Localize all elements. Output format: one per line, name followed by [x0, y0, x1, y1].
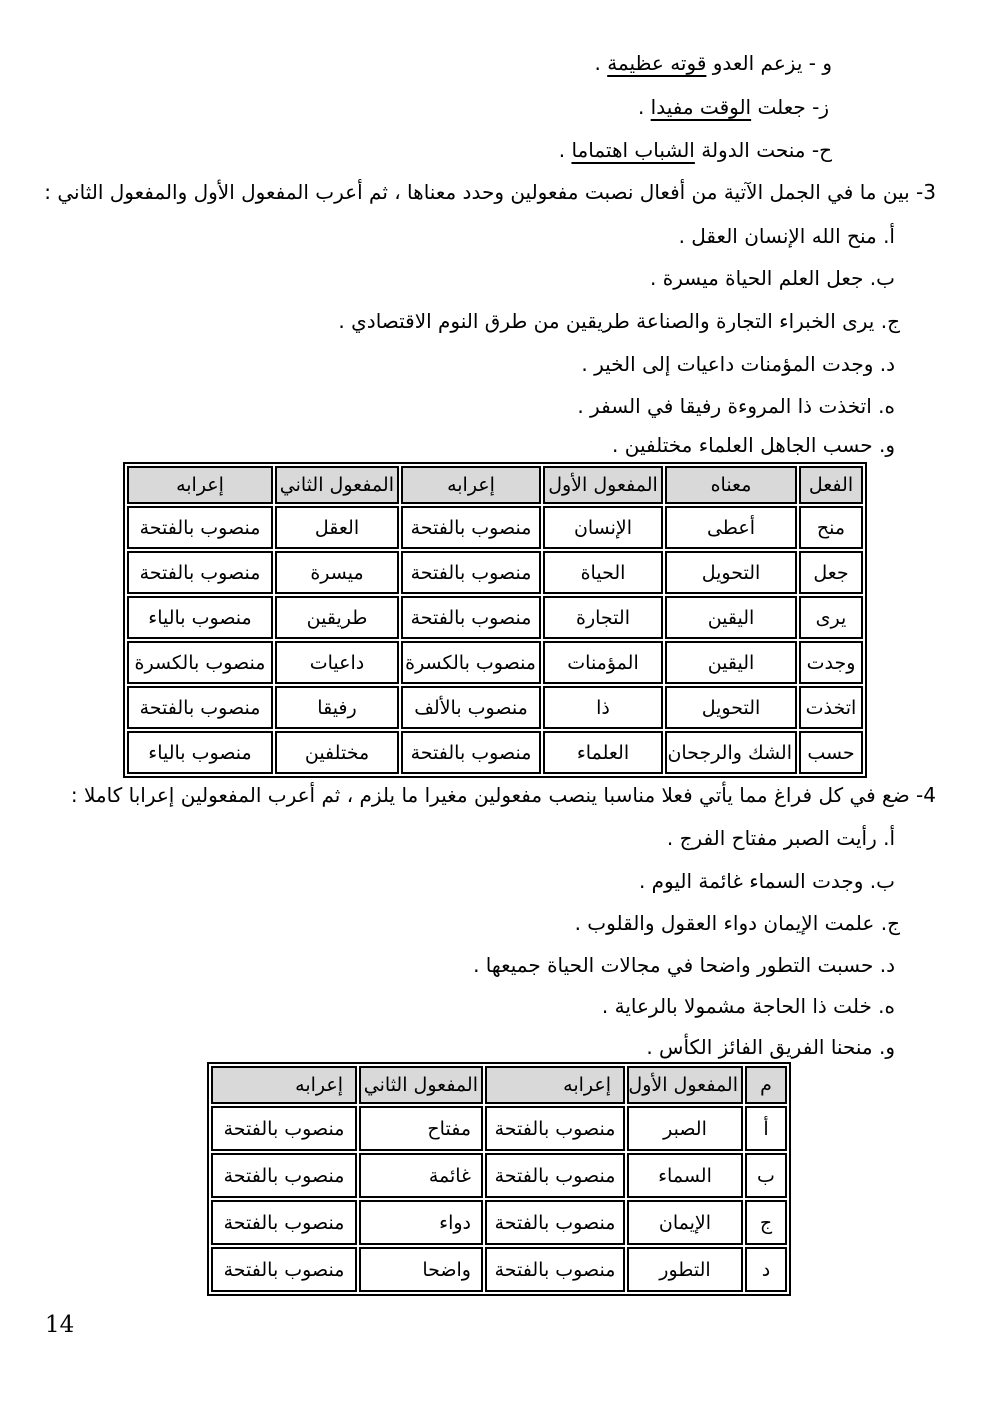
table-cell: منصوب بالفتحة	[211, 1200, 357, 1245]
question-3-item-w: و. حسب الجاهل العلماء مختلفين .	[612, 430, 895, 460]
table-cell: منصوب بالفتحة	[485, 1153, 625, 1198]
header-cell-second-object: المفعول الثاني	[275, 466, 399, 504]
table-row: ج الإيمان منصوب بالفتحة دواء منصوب بالفت…	[211, 1200, 787, 1245]
table-cell: منصوب بالياء	[127, 731, 273, 774]
underlined-phrase: قوته عظيمة	[607, 51, 706, 75]
verbs-two-objects-table: الفعل معناه المفعول الأول إعرابه المفعول…	[123, 462, 867, 778]
table-cell: منصوب بالفتحة	[211, 1247, 357, 1292]
table-row: وجدت اليقين المؤمنات منصوب بالكسرة داعيا…	[127, 641, 863, 684]
question-4-item-j: ج. علمت الإيمان دواء العقول والقلوب .	[575, 908, 900, 938]
sentence-text: ز- جعلت	[751, 95, 829, 119]
table-row: ب السماء منصوب بالفتحة غائمة منصوب بالفت…	[211, 1153, 787, 1198]
header-cell-first-object: المفعول الأول	[543, 466, 663, 504]
question-3-item-j: ج. يرى الخبراء التجارة والصناعة طريقين م…	[338, 306, 900, 336]
table-cell: يرى	[799, 596, 863, 639]
underlined-phrase: الوقت مفيدا	[651, 95, 751, 119]
table-cell: التجارة	[543, 596, 663, 639]
table-row: حسب الشك والرجحان العلماء منصوب بالفتحة …	[127, 731, 863, 774]
question-4-item-b: ب. وجدت السماء غائمة اليوم .	[639, 866, 895, 896]
question-4-title: 4- ضع في كل فراغ مما يأتي فعلا مناسبا ين…	[71, 780, 936, 810]
fill-blank-objects-table: م المفعول الأول إعرابه المفعول الثاني إع…	[207, 1062, 791, 1296]
table-cell: العقل	[275, 506, 399, 549]
table-cell: طريقين	[275, 596, 399, 639]
table-cell: جعل	[799, 551, 863, 594]
table-cell: منصوب بالفتحة	[485, 1247, 625, 1292]
table-cell: التحويل	[665, 686, 797, 729]
table-cell: التطور	[627, 1247, 743, 1292]
question-4-item-h: ه. خلت ذا الحاجة مشمولا بالرعاية .	[602, 991, 895, 1021]
table-row: منح أعطى الإنسان منصوب بالفتحة العقل منص…	[127, 506, 863, 549]
table-row: اتخذت التحويل ذا منصوب بالألف رفيقا منصو…	[127, 686, 863, 729]
question-3-item-h: ه. اتخذت ذا المروءة رفيقا في السفر .	[577, 391, 895, 421]
table-cell: أعطى	[665, 506, 797, 549]
document-page: و - يزعم العدو قوته عظيمة . ز- جعلت الوق…	[0, 0, 992, 1403]
table-cell: ج	[745, 1200, 787, 1245]
table-cell: منصوب بالفتحة	[485, 1106, 625, 1151]
header-cell-parsing1: إعرابه	[485, 1066, 625, 1104]
table-cell: منصوب بالفتحة	[401, 506, 541, 549]
header-cell-second-object: المفعول الثاني	[359, 1066, 483, 1104]
table-cell: منصوب بالكسرة	[401, 641, 541, 684]
table-cell: منصوب بالفتحة	[127, 686, 273, 729]
header-cell-parsing1: إعرابه	[401, 466, 541, 504]
table-cell: داعيات	[275, 641, 399, 684]
table-cell: المؤمنات	[543, 641, 663, 684]
table-header-row: الفعل معناه المفعول الأول إعرابه المفعول…	[127, 466, 863, 504]
table-cell: ذا	[543, 686, 663, 729]
table-cell: منصوب بالفتحة	[401, 551, 541, 594]
table-cell: دواء	[359, 1200, 483, 1245]
table-row: جعل التحويل الحياة منصوب بالفتحة ميسرة م…	[127, 551, 863, 594]
header-cell-parsing2: إعرابه	[211, 1066, 357, 1104]
table-cell: منصوب بالفتحة	[127, 506, 273, 549]
table-cell: وجدت	[799, 641, 863, 684]
table-row: يرى اليقين التجارة منصوب بالفتحة طريقين …	[127, 596, 863, 639]
question-4-item-w: و. منحنا الفريق الفائز الكأس .	[646, 1032, 895, 1062]
table-cell: منصوب بالفتحة	[401, 731, 541, 774]
header-cell-verb: الفعل	[799, 466, 863, 504]
table-cell: التحويل	[665, 551, 797, 594]
example-sentence-zay: ز- جعلت الوقت مفيدا .	[638, 92, 829, 122]
table-cell: اليقين	[665, 641, 797, 684]
sentence-text: .	[638, 95, 651, 119]
table-cell: منح	[799, 506, 863, 549]
sentence-text: .	[594, 51, 607, 75]
table-cell: اتخذت	[799, 686, 863, 729]
table-cell: منصوب بالفتحة	[211, 1106, 357, 1151]
header-cell-first-object: المفعول الأول	[627, 1066, 743, 1104]
table-cell: الصبر	[627, 1106, 743, 1151]
example-sentence-waw: و - يزعم العدو قوته عظيمة .	[594, 48, 832, 78]
table-cell: أ	[745, 1106, 787, 1151]
table-cell: مختلفين	[275, 731, 399, 774]
table-cell: الإنسان	[543, 506, 663, 549]
table-cell: حسب	[799, 731, 863, 774]
header-cell-meaning: معناه	[665, 466, 797, 504]
question-3-item-b: ب. جعل العلم الحياة ميسرة .	[650, 263, 895, 293]
header-cell-parsing2: إعرابه	[127, 466, 273, 504]
table-cell: رفيقا	[275, 686, 399, 729]
underlined-phrase: الشباب اهتماما	[571, 138, 694, 162]
table-cell: مفتاح	[359, 1106, 483, 1151]
table-cell: الشك والرجحان	[665, 731, 797, 774]
question-4-item-a: أ. رأيت الصبر مفتاح الفرج .	[667, 823, 895, 853]
table-cell: السماء	[627, 1153, 743, 1198]
table-cell: منصوب بالألف	[401, 686, 541, 729]
table-cell: الإيمان	[627, 1200, 743, 1245]
question-3-item-d: د. وجدت المؤمنات داعيات إلى الخير .	[581, 349, 895, 379]
sentence-text: .	[559, 138, 572, 162]
table-cell: ب	[745, 1153, 787, 1198]
header-cell-number: م	[745, 1066, 787, 1104]
table-cell: منصوب بالياء	[127, 596, 273, 639]
example-sentence-hah: ح- منحت الدولة الشباب اهتماما .	[559, 135, 832, 165]
table-cell: منصوب بالفتحة	[401, 596, 541, 639]
table-cell: منصوب بالكسرة	[127, 641, 273, 684]
table-cell: اليقين	[665, 596, 797, 639]
table-row: أ الصبر منصوب بالفتحة مفتاح منصوب بالفتح…	[211, 1106, 787, 1151]
sentence-text: و - يزعم العدو	[706, 51, 832, 75]
table-cell: منصوب بالفتحة	[127, 551, 273, 594]
page-number: 14	[45, 1312, 74, 1338]
sentence-text: ح- منحت الدولة	[695, 138, 832, 162]
question-3-title: 3- بين ما في الجمل الآتية من أفعال نصبت …	[44, 177, 936, 207]
question-3-item-a: أ. منح الله الإنسان العقل .	[679, 221, 895, 251]
table-row: د التطور منصوب بالفتحة واضحا منصوب بالفت…	[211, 1247, 787, 1292]
question-4-item-d: د. حسبت التطور واضحا في مجالات الحياة جم…	[473, 950, 895, 980]
table-cell: واضحا	[359, 1247, 483, 1292]
table-cell: ميسرة	[275, 551, 399, 594]
table-header-row: م المفعول الأول إعرابه المفعول الثاني إع…	[211, 1066, 787, 1104]
table-cell: د	[745, 1247, 787, 1292]
table-cell: الحياة	[543, 551, 663, 594]
table-cell: العلماء	[543, 731, 663, 774]
table-cell: غائمة	[359, 1153, 483, 1198]
table-cell: منصوب بالفتحة	[211, 1153, 357, 1198]
table-cell: منصوب بالفتحة	[485, 1200, 625, 1245]
